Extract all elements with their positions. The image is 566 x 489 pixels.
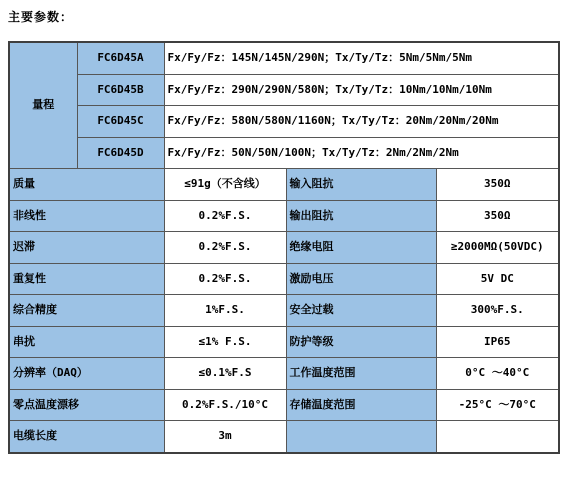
spec-table: 量程 FC6D45A Fx/Fy/Fz：145N/145N/290N；Tx/Ty… — [8, 41, 560, 454]
param-row: 迟滞 0.2%F.S. 绝缘电阻 ≥2000MΩ(50VDC) — [9, 232, 559, 264]
param-value-cell: 1%F.S. — [164, 295, 286, 327]
param-value-cell: 0.2%F.S. — [164, 200, 286, 232]
model-cell: FC6D45A — [77, 42, 164, 74]
param-name-cell: 非线性 — [9, 200, 164, 232]
param-row: 电缆长度 3m — [9, 421, 559, 453]
range-row: FC6D45B Fx/Fy/Fz：290N/290N/580N；Tx/Ty/Tz… — [9, 74, 559, 106]
page-title: 主要参数： — [8, 8, 73, 25]
range-header-cell: 量程 — [9, 42, 77, 169]
param-name-cell: 迟滞 — [9, 232, 164, 264]
param-name-cell: 综合精度 — [9, 295, 164, 327]
param-name-cell: 质量 — [9, 169, 164, 201]
param-row: 串扰 ≤1% F.S. 防护等级 IP65 — [9, 326, 559, 358]
model-spec-cell: Fx/Fy/Fz：50N/50N/100N；Tx/Ty/Tz：2Nm/2Nm/2… — [164, 137, 559, 169]
range-row: FC6D45C Fx/Fy/Fz：580N/580N/1160N；Tx/Ty/T… — [9, 106, 559, 138]
param-row: 非线性 0.2%F.S. 输出阻抗 350Ω — [9, 200, 559, 232]
param-row: 零点温度漂移 0.2%F.S./10°C 存储温度范围 -25°C ～70°C — [9, 389, 559, 421]
param-name-cell: 重复性 — [9, 263, 164, 295]
param-name-cell: 电缆长度 — [9, 421, 164, 453]
param-value-cell: 350Ω — [436, 169, 559, 201]
model-spec-cell: Fx/Fy/Fz：145N/145N/290N；Tx/Ty/Tz：5Nm/5Nm… — [164, 42, 559, 74]
param-name-cell: 零点温度漂移 — [9, 389, 164, 421]
model-spec-cell: Fx/Fy/Fz：580N/580N/1160N；Tx/Ty/Tz：20Nm/2… — [164, 106, 559, 138]
param-name-cell: 激励电压 — [286, 263, 436, 295]
range-row: 量程 FC6D45A Fx/Fy/Fz：145N/145N/290N；Tx/Ty… — [9, 42, 559, 74]
range-row: FC6D45D Fx/Fy/Fz：50N/50N/100N；Tx/Ty/Tz：2… — [9, 137, 559, 169]
param-value-cell: 3m — [164, 421, 286, 453]
param-value-cell: -25°C ～70°C — [436, 389, 559, 421]
model-spec-cell: Fx/Fy/Fz：290N/290N/580N；Tx/Ty/Tz：10Nm/10… — [164, 74, 559, 106]
param-name-cell: 绝缘电阻 — [286, 232, 436, 264]
param-row: 分辨率（DAQ） ≤0.1%F.S 工作温度范围 0°C ～40°C — [9, 358, 559, 390]
param-name-cell: 工作温度范围 — [286, 358, 436, 390]
param-value-cell: 0.2%F.S. — [164, 232, 286, 264]
param-name-cell: 输入阻抗 — [286, 169, 436, 201]
param-value-cell: IP65 — [436, 326, 559, 358]
param-value-cell: 350Ω — [436, 200, 559, 232]
param-row: 质量 ≤91g（不含线） 输入阻抗 350Ω — [9, 169, 559, 201]
param-name-cell — [286, 421, 436, 453]
param-value-cell: 0.2%F.S. — [164, 263, 286, 295]
model-cell: FC6D45B — [77, 74, 164, 106]
param-row: 重复性 0.2%F.S. 激励电压 5V DC — [9, 263, 559, 295]
param-name-cell: 输出阻抗 — [286, 200, 436, 232]
param-name-cell: 安全过载 — [286, 295, 436, 327]
param-name-cell: 分辨率（DAQ） — [9, 358, 164, 390]
param-value-cell: 0°C ～40°C — [436, 358, 559, 390]
param-value-cell: 300%F.S. — [436, 295, 559, 327]
param-value-cell: ≤91g（不含线） — [164, 169, 286, 201]
param-row: 综合精度 1%F.S. 安全过载 300%F.S. — [9, 295, 559, 327]
model-cell: FC6D45C — [77, 106, 164, 138]
model-cell: FC6D45D — [77, 137, 164, 169]
param-value-cell: ≤0.1%F.S — [164, 358, 286, 390]
param-value-cell: ≥2000MΩ(50VDC) — [436, 232, 559, 264]
param-name-cell: 防护等级 — [286, 326, 436, 358]
param-name-cell: 串扰 — [9, 326, 164, 358]
param-value-cell: ≤1% F.S. — [164, 326, 286, 358]
param-name-cell: 存储温度范围 — [286, 389, 436, 421]
param-value-cell — [436, 421, 559, 453]
param-value-cell: 5V DC — [436, 263, 559, 295]
param-value-cell: 0.2%F.S./10°C — [164, 389, 286, 421]
